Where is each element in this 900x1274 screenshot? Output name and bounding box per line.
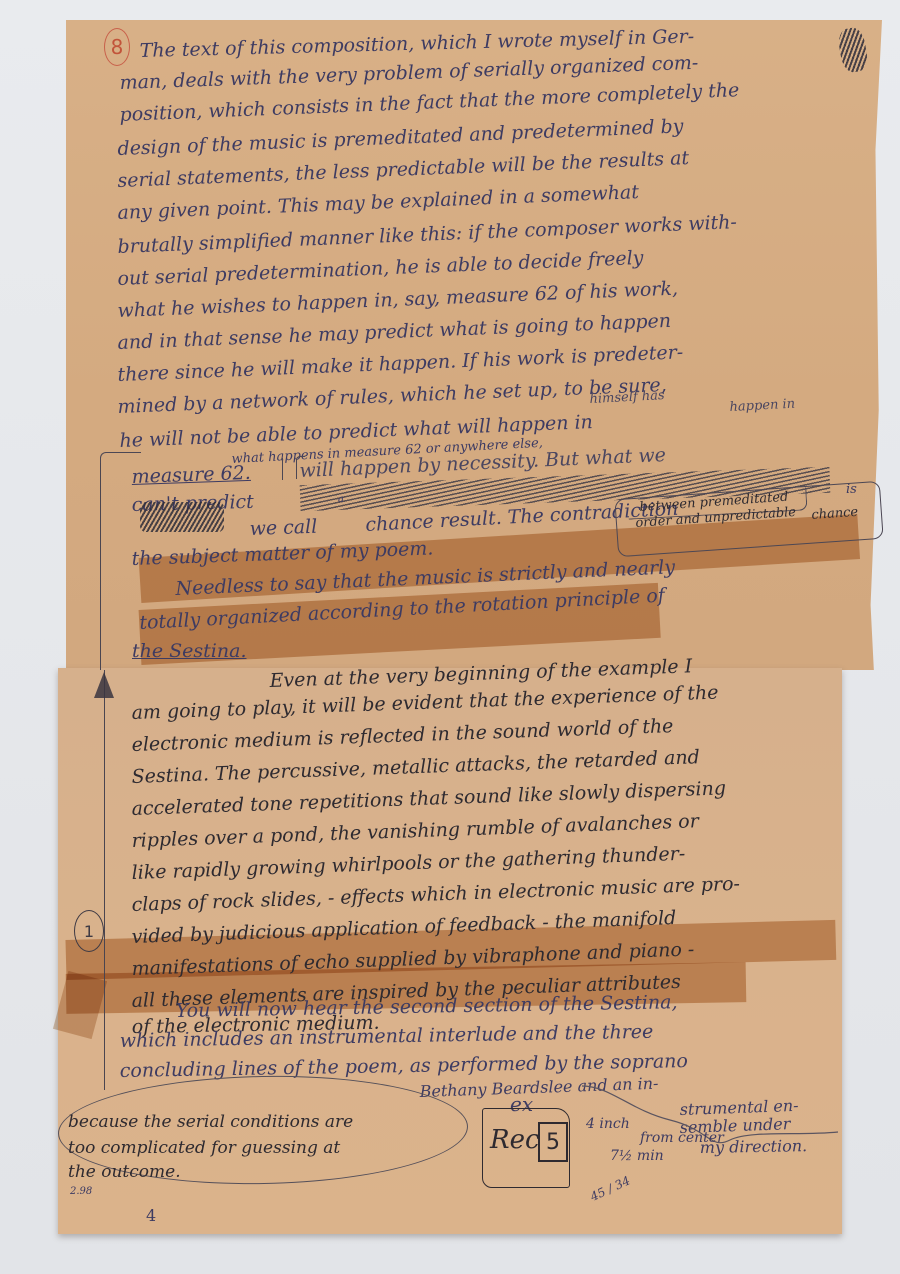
text-we-call: we call — [249, 516, 317, 540]
page-number: 4 — [146, 1206, 156, 1225]
circled-marker: 1 — [74, 910, 104, 952]
margin-line — [100, 460, 101, 670]
arrow-up-icon — [94, 672, 114, 698]
scan-background: 8 The text of this composition, which I … — [0, 0, 900, 1274]
circled-marker-number: 1 — [84, 922, 94, 941]
insert-bracket — [268, 458, 283, 480]
rec-number: 5 — [546, 1130, 560, 1155]
insert-bracket — [296, 456, 305, 479]
rec-label: Rec — [490, 1125, 540, 1155]
page-marker-number: 8 — [111, 35, 124, 59]
pencil-note-inch: 4 inch — [586, 1116, 630, 1132]
rec-number-box: 5 — [538, 1122, 568, 1162]
margin-bracket — [100, 452, 141, 463]
circled-note-line: the outcome. — [68, 1162, 181, 1182]
margin-line — [104, 670, 105, 1090]
circled-note-line: too complicated for guessing at — [68, 1138, 340, 1158]
text-line-sestina: the Sestina. — [132, 640, 246, 662]
catalog-number: 2.98 — [70, 1186, 92, 1197]
pencil-note-from-center: from center — [640, 1130, 724, 1146]
circled-note-line: because the serial conditions are — [68, 1112, 353, 1132]
insertion-a: a — [338, 494, 344, 505]
pencil-note-duration: 7½ min — [610, 1148, 664, 1164]
text-line-measure-62: measure 62. — [131, 462, 251, 488]
page-marker-circled: 8 — [104, 28, 130, 66]
scribble-mark — [140, 502, 224, 532]
